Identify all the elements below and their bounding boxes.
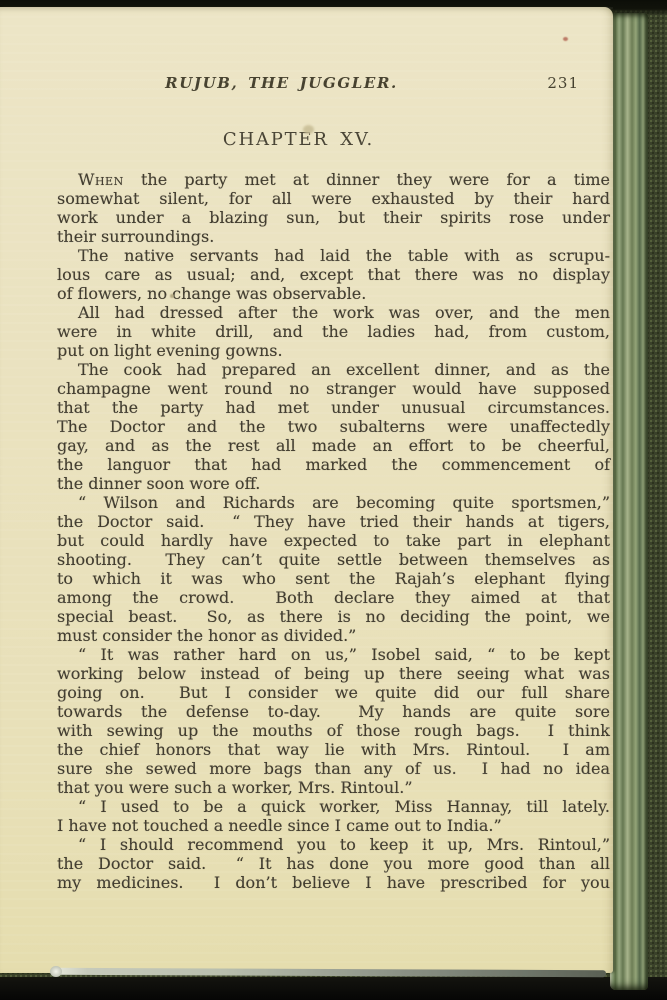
text-line: lous care as usual; and, except that the… (57, 265, 610, 284)
text-line: but could hardly have expected to take p… (57, 531, 610, 550)
text-line: the Doctor said. “ They have tried their… (57, 512, 610, 531)
text-line: the chief honors that way lie with Mrs. … (57, 740, 610, 759)
text-line: among the crowd. Both declare they aimed… (57, 588, 610, 607)
text-line: put on light evening gowns. (57, 341, 610, 360)
book-scan-photo: RUJUB, THE JUGGLER. 231 CHAPTER XV. When… (0, 0, 667, 1000)
text-line: somewhat silent, for all were exhausted … (57, 189, 610, 208)
text-line: When the party met at dinner they were f… (57, 170, 610, 189)
text-line: must consider the honor as divided.” (57, 626, 610, 645)
text-line: the Doctor said. “ It has done you more … (57, 854, 610, 873)
book-page: RUJUB, THE JUGGLER. 231 CHAPTER XV. When… (0, 7, 613, 973)
text-line: gay, and as the rest all made an effort … (57, 436, 610, 455)
text-line: champagne went round no stranger would h… (57, 379, 610, 398)
text-line: shooting. They can’t quite settle betwee… (57, 550, 610, 569)
text-line: to which it was who sent the Rajah’s ele… (57, 569, 610, 588)
stacked-page-edges (610, 13, 648, 990)
running-header: RUJUB, THE JUGGLER. 231 (57, 73, 610, 93)
text-line: the dinner soon wore off. (57, 474, 610, 493)
text-line: going on. But I consider we quite did ou… (57, 683, 610, 702)
text-line: towards the defense to-day. My hands are… (57, 702, 610, 721)
text-line: the languor that had marked the commence… (57, 455, 610, 474)
fore-edge-highlight (50, 966, 62, 977)
lower-pages-fore-edge (54, 968, 606, 977)
text-line: I have not touched a needle since I came… (57, 816, 610, 835)
text-line: sure she sewed more bags than any of us.… (57, 759, 610, 778)
text-line: work under a blazing sun, but their spir… (57, 208, 610, 227)
text-line: that you were such a worker, Mrs. Rintou… (57, 778, 610, 797)
text-line: The cook had prepared an excellent dinne… (57, 360, 610, 379)
text-line: their surroundings. (57, 227, 610, 246)
text-line: The Doctor and the two subalterns were u… (57, 417, 610, 436)
text-line: were in white drill, and the ladies had,… (57, 322, 610, 341)
text-line: “ I used to be a quick worker, Miss Hann… (57, 797, 610, 816)
text-line: with sewing up the mouths of those rough… (57, 721, 610, 740)
text-line: All had dressed after the work was over,… (57, 303, 610, 322)
page-number: 231 (547, 73, 579, 93)
text-line: my medicines. I don’t believe I have pre… (57, 873, 610, 892)
text-line: that the party had met under unusual cir… (57, 398, 610, 417)
running-header-title: RUJUB, THE JUGGLER. (5, 73, 558, 93)
book-cover-bottom-band (0, 977, 667, 1000)
small-caps-word: When (78, 170, 124, 189)
text-line: of flowers, no change was observable. (57, 284, 610, 303)
text-line: special beast. So, as there is no decidi… (57, 607, 610, 626)
text-line: “ It was rather hard on us,” Isobel said… (57, 645, 610, 664)
text-line: “ I should recommend you to keep it up, … (57, 835, 610, 854)
body-text: When the party met at dinner they were f… (57, 170, 610, 892)
text-line: “ Wilson and Richards are becoming quite… (57, 493, 610, 512)
chapter-heading: CHAPTER XV. (22, 129, 575, 150)
text-line: The native servants had laid the table w… (57, 246, 610, 265)
text-line: working below instead of being up there … (57, 664, 610, 683)
